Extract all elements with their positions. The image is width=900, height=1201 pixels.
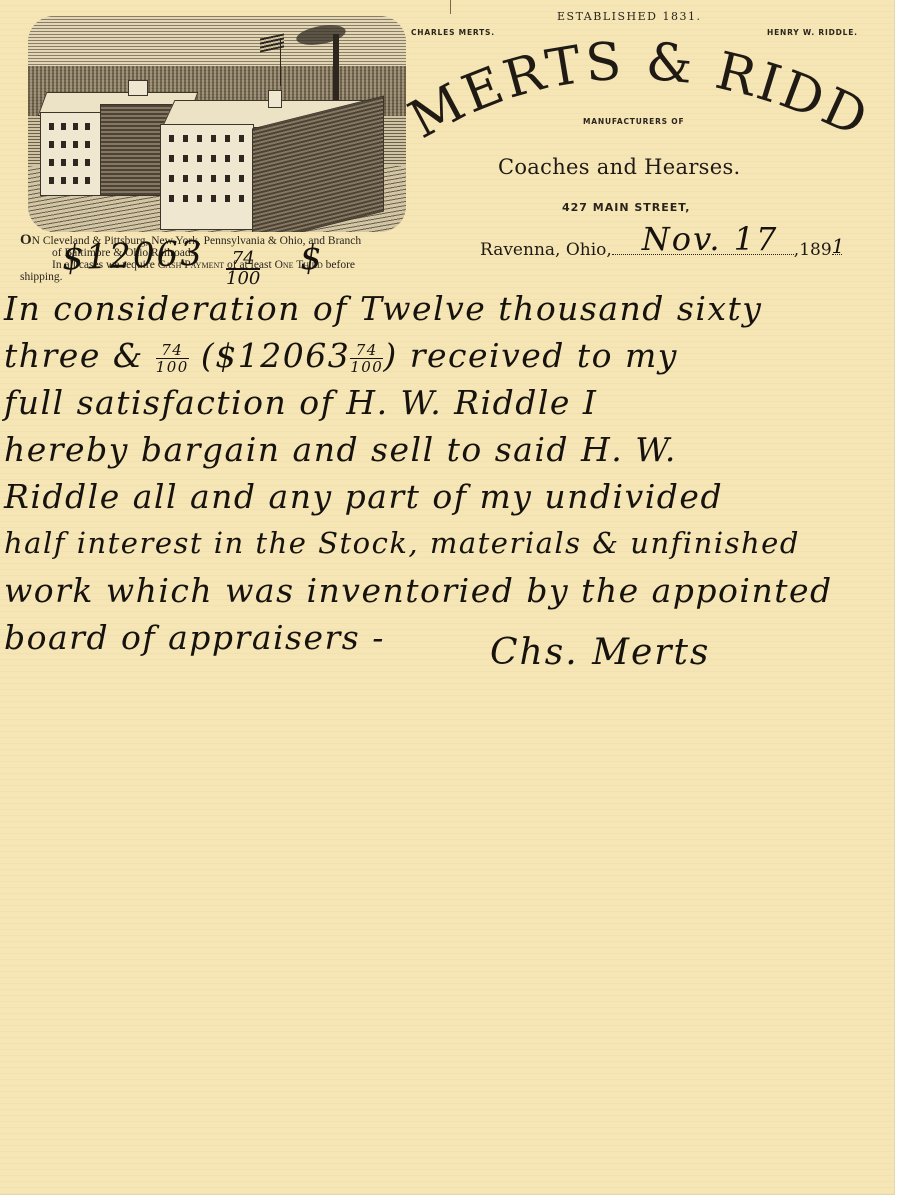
manufacturers-of: MANUFACTURERS OF [583,117,684,126]
body-line-1: In consideration of Twelve thousand sixt… [4,285,894,332]
notice-dropcap: O [20,232,32,248]
handwritten-amount: $12063 [61,234,204,279]
handwritten-year-digit: 1 [832,234,845,258]
signature: Chs. Merts [490,632,710,673]
year-prefix: ,189 [794,240,832,260]
body-line-2: three & 74100 ($1206374100) received to … [4,332,894,379]
cupola-left [128,80,148,96]
flagpole [280,38,281,86]
body-line-7: work which was inventoried by the appoin… [4,567,894,614]
street-address: 427 MAIN STREET, [562,201,690,214]
city-label: Ravenna, Ohio, [480,240,612,260]
letter-paper: BIRDS-EYE VIEW OF FACTORY ON Cleveland &… [0,0,895,1195]
handwritten-date: Nov. 17 [642,220,779,258]
fold-mark [450,0,451,14]
left-building-front [40,112,102,196]
right-building-front [160,124,254,230]
cupola [268,90,282,108]
year-field: 1 [832,238,842,255]
handwritten-amount-mark: $ [299,238,324,279]
date-field: Nov. 17 [612,238,794,255]
factory-engraving: BIRDS-EYE VIEW OF FACTORY [28,16,406,232]
handwritten-amount-cents: 74 100 [226,250,260,288]
company-name-arc: MERTS & RIDDLE [400,28,880,168]
body-line-6: half interest in the Stock, materials & … [4,520,894,567]
dateline: Ravenna, Ohio,Nov. 17,1891 [480,238,842,260]
fraction-cents-2: 74100 [350,342,383,375]
smokestack [333,34,339,104]
handwritten-body: In consideration of Twelve thousand sixt… [4,285,894,661]
body-line-5: Riddle all and any part of my undivided [4,473,894,520]
body-line-3: full satisfaction of H. W. Riddle I [4,379,894,426]
fraction-cents: 74100 [156,342,189,375]
products-line: Coaches and Hearses. [498,155,741,179]
company-name: MERTS & RIDDLE [400,28,879,151]
body-line-4: hereby bargain and sell to said H. W. [4,426,894,473]
body-line-8: board of appraisers - [4,614,894,661]
established-line: ESTABLISHED 1831. [557,10,701,23]
